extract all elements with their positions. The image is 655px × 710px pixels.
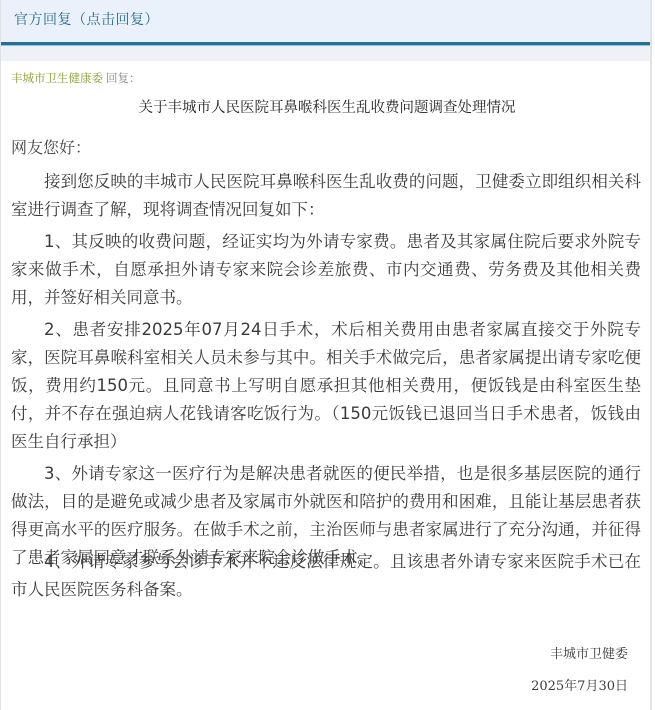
- reply-label: 回复：: [106, 71, 141, 85]
- signature-organization: 丰城市卫健委: [550, 645, 628, 665]
- signature-date: 2025年7月30日: [531, 677, 628, 697]
- official-reply-panel: 官方回复（点击回复） 丰城市卫生健康委回复： 关于丰城市人民医院耳鼻喉科医生乱收…: [0, 0, 652, 710]
- greeting: 网友您好：: [11, 136, 91, 160]
- reply-attribution: 丰城市卫生健康委回复：: [11, 70, 141, 86]
- paragraph-intro: 接到您反映的丰城市人民医院耳鼻喉科医生乱收费的问题，卫健委立即组织相关科室进行调…: [11, 168, 641, 224]
- paragraph-point-1: 1、其反映的收费问题，经证实均为外请专家费。患者及其家属住院后要求外院专家来做手…: [11, 228, 641, 312]
- paragraph-point-2: 2、患者安排2025年07月24日手术，术后相关费用由患者家属直接交于外院专家，…: [11, 316, 641, 456]
- reply-header-bar: 官方回复（点击回复）: [1, 0, 650, 42]
- document-title: 关于丰城市人民医院耳鼻喉科医生乱收费问题调查处理情况: [1, 98, 653, 118]
- official-reply-link[interactable]: 官方回复（点击回复）: [14, 10, 159, 30]
- paragraph-point-4: 4、外请专家参与会诊手术并不违反法律规定。且该患者外请专家来医院手术已在市人民医…: [11, 548, 641, 604]
- reply-author-link[interactable]: 丰城市卫生健康委: [11, 71, 103, 85]
- header-band: [1, 46, 650, 61]
